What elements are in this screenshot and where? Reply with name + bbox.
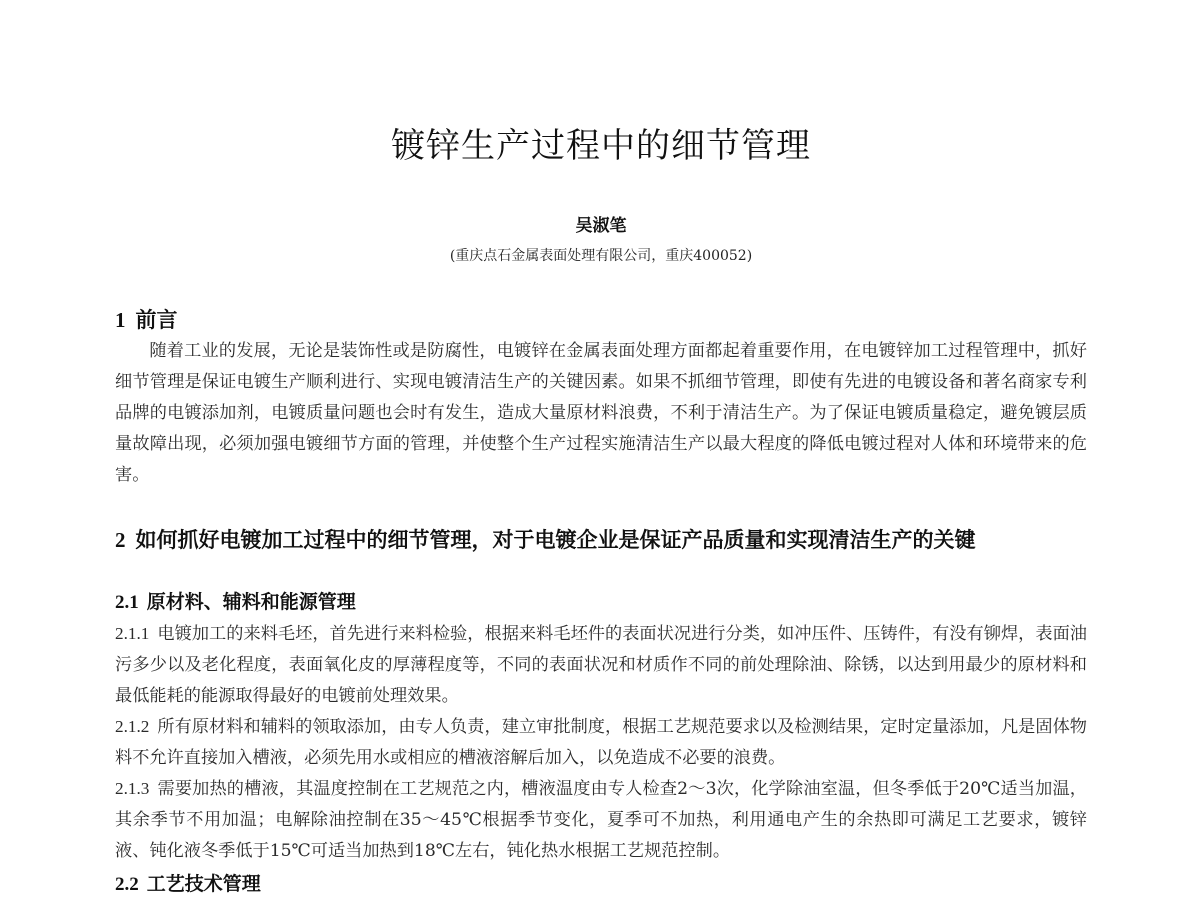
subsection-heading-2-1: 2.1原材料、辅料和能源管理 bbox=[115, 588, 1087, 617]
subsection-number: 2.2 bbox=[115, 874, 139, 895]
author-name: 吴淑笔 bbox=[115, 214, 1087, 238]
author-affiliation: (重庆点石金属表面处理有限公司，重庆400052) bbox=[115, 245, 1087, 267]
section-number: 2 bbox=[115, 528, 126, 552]
item-number: 2.1.2 bbox=[115, 717, 149, 736]
item-text: 需要加热的槽液，其温度控制在工艺规范之内，槽液温度由专人检查2～3次，化学除油室… bbox=[115, 779, 1087, 861]
section-heading-1: 1前言 bbox=[115, 305, 1087, 335]
paper-title: 镀锌生产过程中的细节管理 bbox=[115, 124, 1087, 168]
section-heading-2: 2如何抓好电镀加工过程中的细节管理，对于电镀企业是保证产品质量和实现清洁生产的关… bbox=[115, 525, 1087, 555]
subsection-number: 2.1 bbox=[115, 592, 139, 613]
item-2-1-1: 2.1.1电镀加工的来料毛坯，首先进行来料检验，根据来料毛坯件的表面状况进行分类… bbox=[115, 618, 1087, 712]
section-title: 如何抓好电镀加工过程中的细节管理，对于电镀企业是保证产品质量和实现清洁生产的关键 bbox=[136, 528, 976, 552]
item-number: 2.1.3 bbox=[115, 779, 149, 798]
item-number: 2.1.1 bbox=[115, 624, 149, 643]
item-text: 所有原材料和辅料的领取添加，由专人负责，建立审批制度，根据工艺规范要求以及检测结… bbox=[115, 717, 1087, 768]
item-text: 电镀加工的来料毛坯，首先进行来料检验，根据来料毛坯件的表面状况进行分类，如冲压件… bbox=[115, 624, 1087, 706]
subsection-heading-2-2: 2.2工艺技术管理 bbox=[115, 870, 1087, 897]
item-2-1-2: 2.1.2所有原材料和辅料的领取添加，由专人负责，建立审批制度，根据工艺规范要求… bbox=[115, 711, 1087, 774]
section-title: 前言 bbox=[136, 308, 178, 332]
subsection-title: 原材料、辅料和能源管理 bbox=[147, 591, 356, 613]
subsection-title: 工艺技术管理 bbox=[147, 873, 261, 895]
section-1-paragraph: 随着工业的发展，无论是装饰性或是防腐性，电镀锌在金属表面处理方面都起着重要作用，… bbox=[115, 336, 1087, 491]
item-2-1-3: 2.1.3需要加热的槽液，其温度控制在工艺规范之内，槽液温度由专人检查2～3次，… bbox=[115, 773, 1087, 867]
section-number: 1 bbox=[115, 308, 126, 332]
